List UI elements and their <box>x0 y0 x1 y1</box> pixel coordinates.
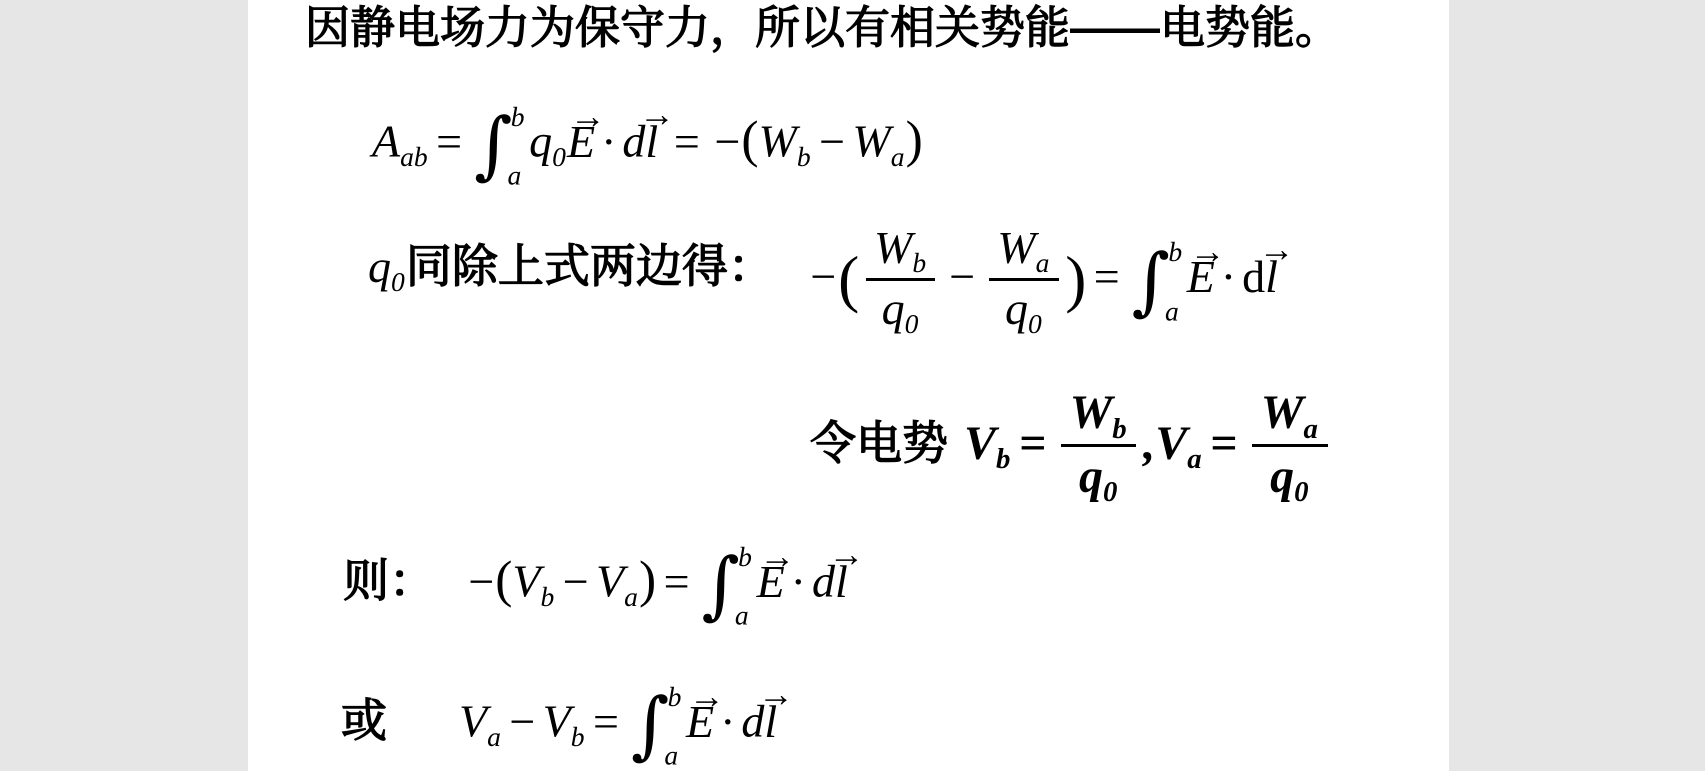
var-q: q <box>1079 450 1103 503</box>
label-or: 或 <box>341 695 387 747</box>
integral-lower-limit: a <box>664 742 678 770</box>
var-V: V <box>459 696 487 747</box>
equals-sign: = <box>1210 417 1237 470</box>
equals-sign: = <box>1094 251 1120 302</box>
sub-a: a <box>487 721 501 752</box>
fraction-Wa-q0: Waq0 <box>1252 389 1327 500</box>
sub-b: b <box>996 443 1010 475</box>
fraction-numerator: Wb <box>1061 389 1136 444</box>
fraction-Wb-q0: Wbq0 <box>1061 389 1136 500</box>
minus-sign: − <box>810 251 836 302</box>
equals-sign: = <box>674 116 700 167</box>
sub-a: a <box>1187 443 1201 475</box>
equals-sign: = <box>664 556 690 607</box>
vector-arrow-icon: → <box>759 539 795 575</box>
fraction-numerator: Wb <box>866 225 936 277</box>
var-W: W <box>874 222 912 273</box>
integral-limits: ba <box>1168 241 1182 321</box>
integral-upper-limit: b <box>511 103 525 131</box>
equals-sign: = <box>436 116 462 167</box>
equation-or-row: 或Va−Vb=∫ba→E·d→l <box>341 686 777 766</box>
sub-b: b <box>571 721 585 752</box>
minus-sign: − <box>819 116 845 167</box>
var-q: q <box>368 241 391 292</box>
vector-arrow-icon: → <box>570 99 606 135</box>
slide: 因静电场力为保守力，所以有相关势能——电势能。 Aab=∫baq0→E·d→l=… <box>248 0 1449 771</box>
left-gutter <box>0 0 248 771</box>
label-let-potential: 令电势 <box>810 417 948 469</box>
sub-zero: 0 <box>1028 308 1042 339</box>
sub-a: a <box>624 581 638 612</box>
vector-arrow-icon: → <box>639 97 675 133</box>
sub-a: a <box>1303 413 1317 445</box>
label-divide-text: 同除上式两边得： <box>406 240 774 292</box>
sub-b: b <box>912 247 926 278</box>
fraction-denominator: q0 <box>989 278 1059 333</box>
minus-sign: − <box>509 696 535 747</box>
vector-E: →E <box>757 557 785 608</box>
integral-lower-limit: a <box>735 602 749 630</box>
fraction-Wb-q0: Wbq0 <box>866 225 936 332</box>
vector-l: →l <box>1265 252 1278 303</box>
var-V: V <box>596 556 624 607</box>
integral-limits: ba <box>668 686 682 766</box>
vector-l: →l <box>645 117 658 168</box>
var-q: q <box>1270 450 1294 503</box>
fraction-denominator: q0 <box>866 278 936 333</box>
vector-arrow-icon: → <box>828 537 864 573</box>
equation-potential-difference: −(Wbq0−Waq0)=∫ba→E·d→l <box>803 228 1278 335</box>
var-W: W <box>1261 386 1304 439</box>
sub-b: b <box>540 581 554 612</box>
var-q: q <box>1005 283 1028 334</box>
var-V: V <box>543 696 571 747</box>
open-paren: ( <box>838 243 859 314</box>
open-paren: ( <box>741 112 758 169</box>
sub-zero: 0 <box>552 141 566 172</box>
fraction-denominator: q0 <box>1252 444 1327 501</box>
sub-b: b <box>797 141 811 172</box>
var-W: W <box>759 116 797 167</box>
vector-E: →E <box>686 697 714 748</box>
minus-sign: − <box>715 116 741 167</box>
vector-arrow-icon: → <box>1259 232 1295 268</box>
sub-zero: 0 <box>1294 476 1308 508</box>
var-W: W <box>997 222 1035 273</box>
var-q: q <box>882 283 905 334</box>
sub-zero: 0 <box>1103 476 1117 508</box>
integral: ∫ba <box>631 686 682 766</box>
close-paren: ) <box>1065 243 1086 314</box>
integral-lower-limit: a <box>507 162 521 190</box>
sub-zero: 0 <box>905 308 919 339</box>
integral-upper-limit: b <box>1168 239 1182 267</box>
vector-arrow-icon: → <box>1190 234 1226 270</box>
sub-ab: ab <box>400 141 428 172</box>
equation-then-row: 则：−(Vb−Va)=∫ba→E·d→l <box>343 546 848 626</box>
sub-zero: 0 <box>391 266 405 297</box>
equation-define-potential: 令电势Vb=Wbq0,Va=Waq0 <box>810 392 1334 503</box>
minus-sign: − <box>468 556 494 607</box>
sub-a: a <box>891 141 905 172</box>
equation-work: Aab=∫baq0→E·d→l=−(Wb−Wa) <box>372 106 923 186</box>
open-paren: ( <box>495 552 512 609</box>
integral: ∫ba <box>701 546 752 626</box>
minus-sign: − <box>563 556 589 607</box>
vector-l: →l <box>764 697 777 748</box>
var-W: W <box>1070 386 1113 439</box>
var-q: q <box>529 116 552 167</box>
vector-arrow-icon: → <box>758 677 794 713</box>
integral-limits: ba <box>738 546 752 626</box>
integral-upper-limit: b <box>738 543 752 571</box>
label-divide: q0同除上式两边得： <box>368 241 774 293</box>
var-V: V <box>1155 417 1187 470</box>
vector-E: →E <box>567 117 595 168</box>
equals-sign: = <box>593 696 619 747</box>
fraction-numerator: Wa <box>989 225 1059 277</box>
slide-title: 因静电场力为保守力，所以有相关势能——电势能。 <box>305 2 1340 54</box>
right-gutter <box>1449 0 1705 771</box>
integral-limits: ba <box>511 106 525 186</box>
equals-sign: = <box>1019 417 1046 470</box>
close-paren: ) <box>639 552 656 609</box>
fraction-Wa-q0: Waq0 <box>989 225 1059 332</box>
label-then: 则： <box>343 555 435 607</box>
minus-sign: − <box>949 251 975 302</box>
integral: ∫ba <box>1132 241 1183 321</box>
sub-a: a <box>1036 247 1050 278</box>
var-V: V <box>964 417 996 470</box>
var-V: V <box>512 556 540 607</box>
sub-b: b <box>1112 413 1126 445</box>
vector-l: →l <box>835 557 848 608</box>
fraction-numerator: Wa <box>1252 389 1327 444</box>
var-W: W <box>852 116 890 167</box>
var-A: A <box>372 116 400 167</box>
close-paren: ) <box>906 112 923 169</box>
comma: , <box>1143 417 1155 470</box>
fraction-denominator: q0 <box>1061 444 1136 501</box>
integral: ∫ba <box>474 106 525 186</box>
vector-arrow-icon: → <box>689 679 725 715</box>
integral-upper-limit: b <box>668 683 682 711</box>
integral-lower-limit: a <box>1165 297 1179 325</box>
vector-E: →E <box>1187 252 1215 303</box>
